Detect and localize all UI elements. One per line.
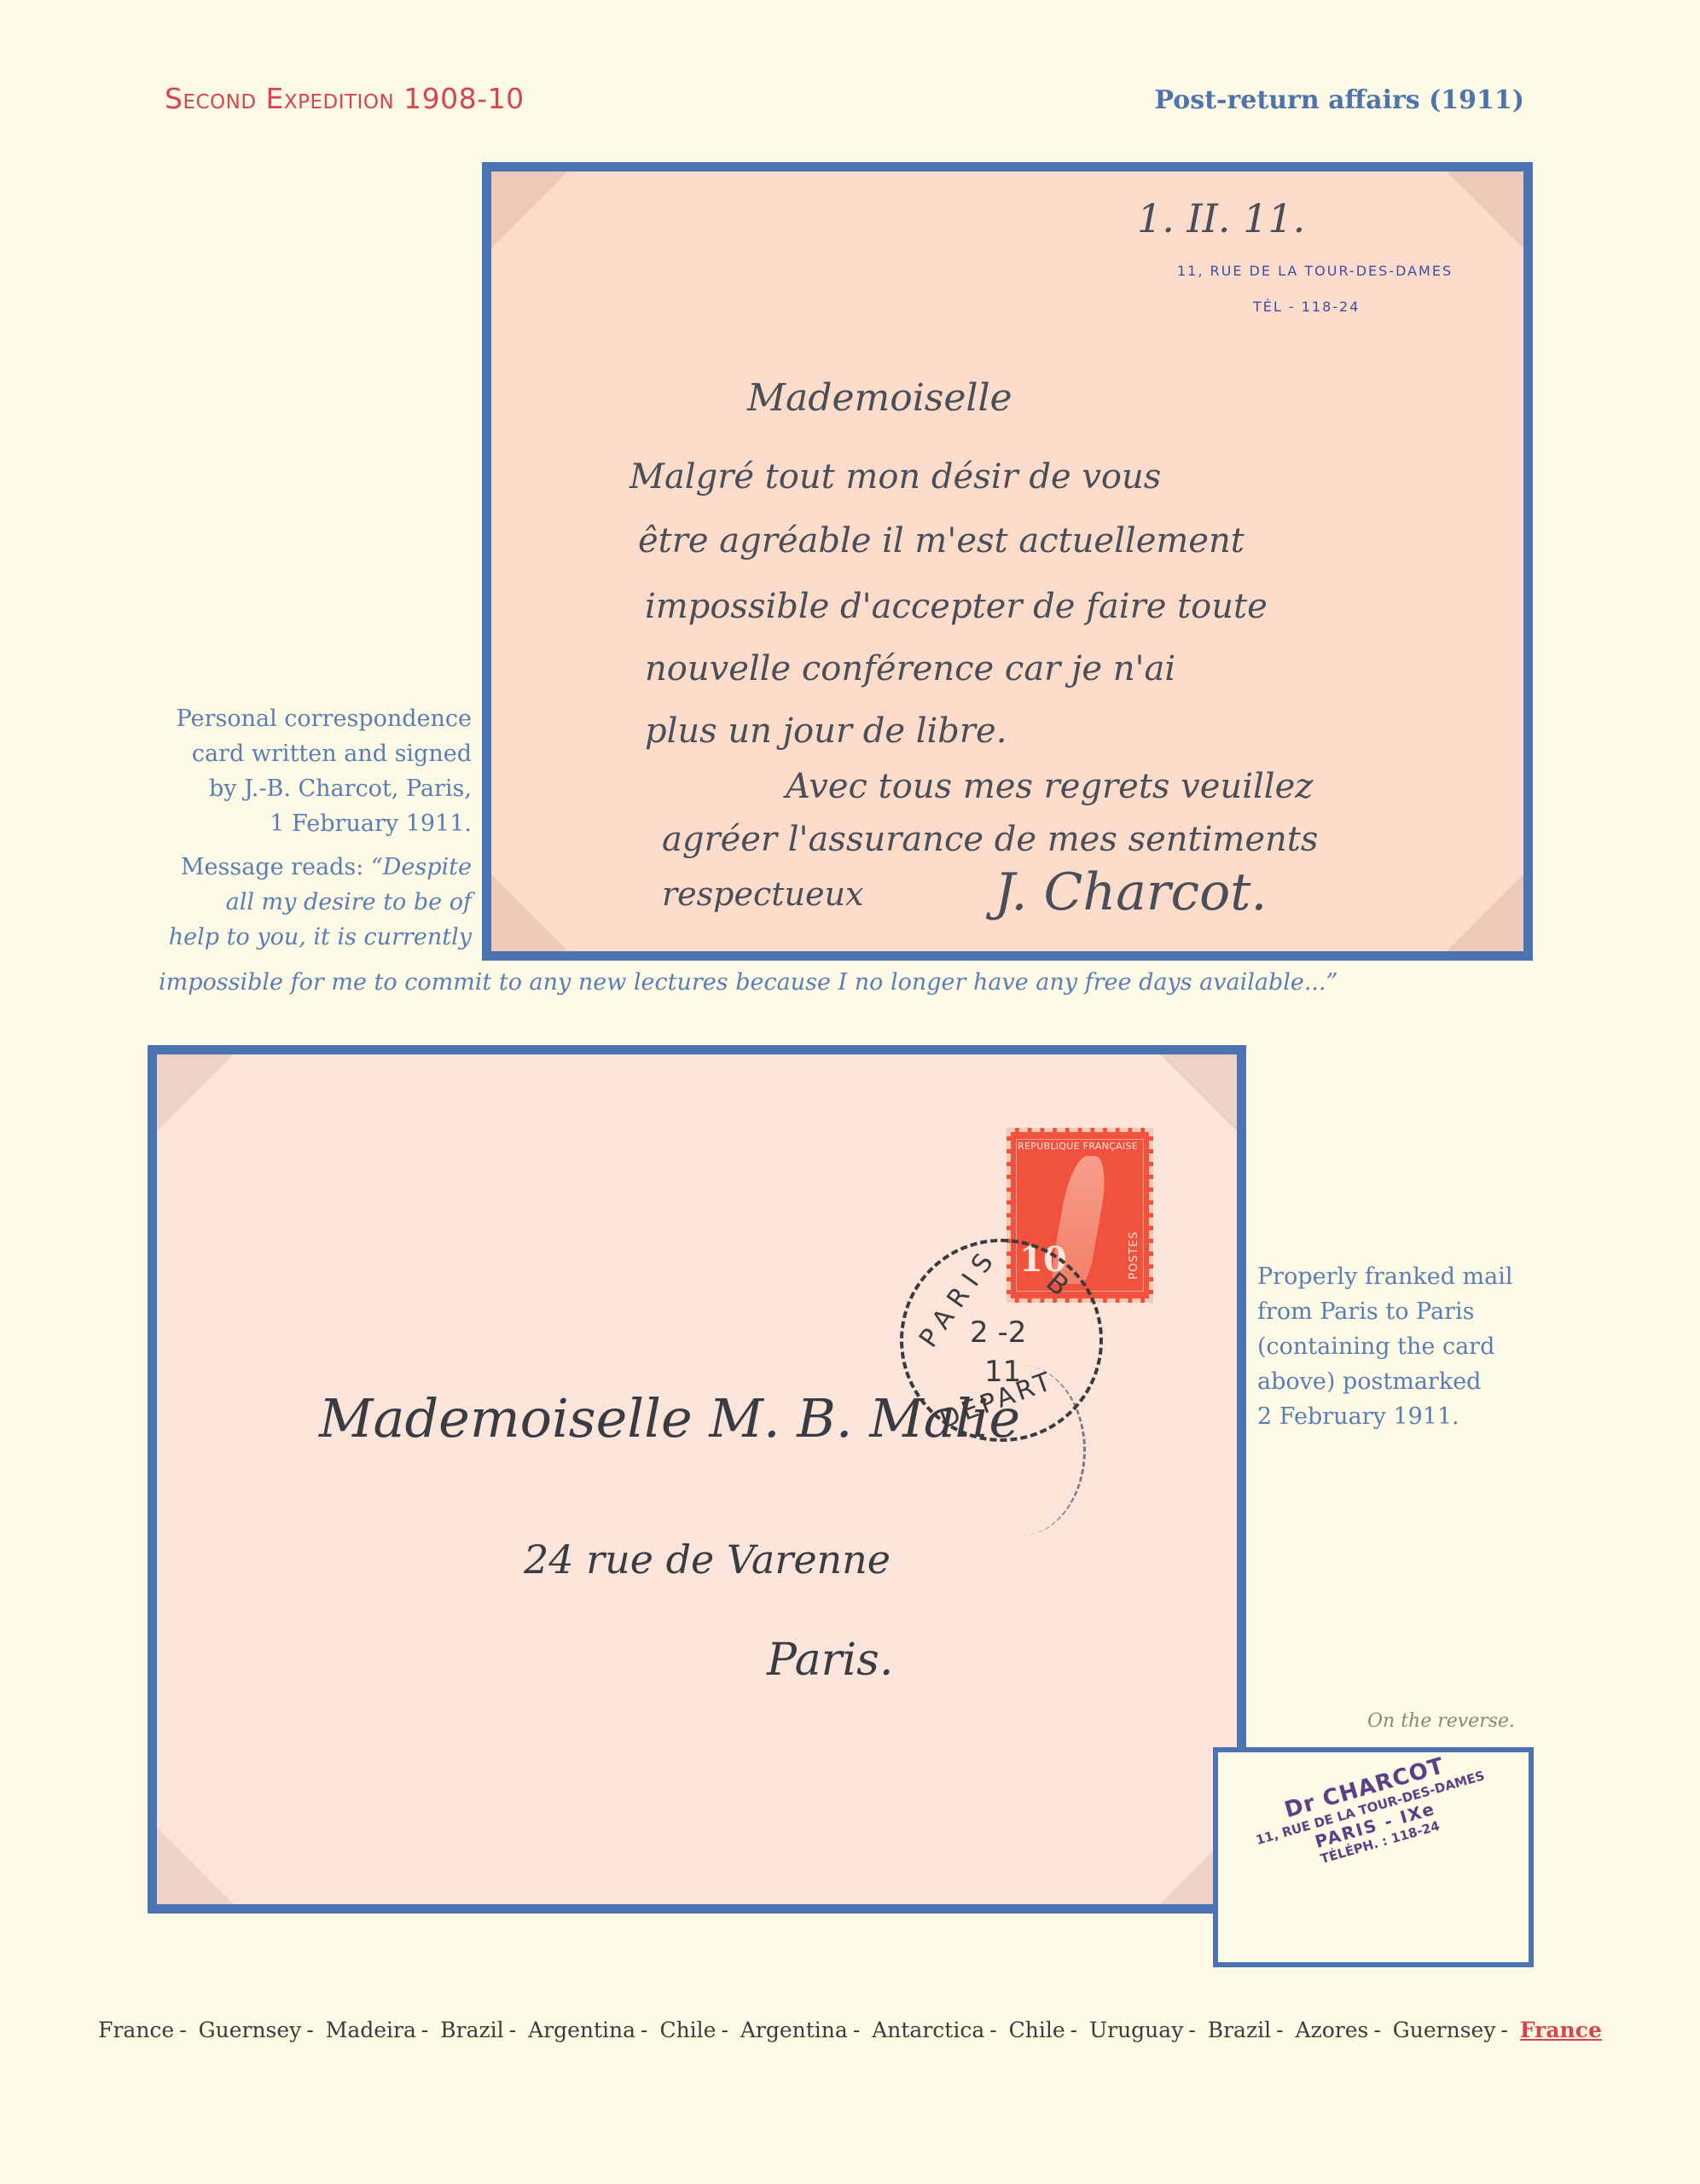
- message-line: all my desire to be of: [169, 885, 472, 920]
- route-stop: Argentina: [740, 2018, 848, 2042]
- route-stop: Uruguay: [1089, 2018, 1183, 2042]
- photo-corner-top-right: [1160, 1054, 1237, 1131]
- route-stop: Argentina: [528, 2018, 635, 2042]
- card-caption-line: card written and signed: [169, 736, 472, 771]
- message-line: Message reads: “Despite: [169, 850, 472, 885]
- card-body-line: respectueux: [662, 875, 863, 913]
- envelope-caption-line: Properly franked mail: [1257, 1259, 1513, 1294]
- route-stop: Brazil: [440, 2018, 503, 2042]
- card-body-line: impossible d'accepter de faire toute: [645, 587, 1268, 626]
- section-title: Second Expedition 1908-10: [165, 82, 525, 115]
- card-salutation: Mademoiselle: [747, 376, 1012, 420]
- card-caption-line: by J.-B. Charcot, Paris,: [169, 771, 472, 806]
- stamp-side-text: POSTES: [1128, 1231, 1140, 1280]
- route-stop: Chile: [659, 2018, 716, 2042]
- postmark-second-ring: [955, 1365, 1086, 1536]
- card-body-line: être agréable il m'est actuellement: [638, 521, 1245, 561]
- correspondence-card-frame: 1. II. 11. 11, RUE DE LA TOUR-DES-DAMES …: [482, 162, 1533, 961]
- route-stop: Guernsey: [1393, 2018, 1496, 2042]
- postmark-date: 2 -2: [970, 1316, 1026, 1350]
- message-continuation: impossible for me to commit to any new l…: [159, 965, 1337, 1000]
- envelope-caption-line: (containing the card: [1257, 1329, 1513, 1364]
- route-footer: France- Guernsey- Madeira- Brazil- Argen…: [0, 2018, 1700, 2042]
- photo-corner-top-left: [491, 171, 568, 248]
- card-body-line: Avec tous mes regrets veuillez: [786, 767, 1313, 806]
- card-body-line: Malgré tout mon désir de vous: [630, 457, 1161, 497]
- route-stop-current[interactable]: France: [1520, 2018, 1602, 2042]
- letterhead-phone: TÉL - 118-24: [1253, 299, 1360, 315]
- message-prefix: Message reads:: [181, 854, 371, 880]
- reverse-label: On the reverse.: [1367, 1711, 1515, 1732]
- card-body-line: agréer l'assurance de mes sentiments: [662, 820, 1318, 859]
- card-body-line: plus un jour de libre.: [645, 712, 1007, 751]
- route-stop: Antarctica: [872, 2018, 984, 2042]
- photo-corner-bottom-left: [157, 1827, 234, 1904]
- card-caption-line: Personal correspondence: [169, 701, 472, 736]
- route-stop: Brazil: [1208, 2018, 1271, 2042]
- correspondence-card: 1. II. 11. 11, RUE DE LA TOUR-DES-DAMES …: [491, 171, 1523, 951]
- card-signature: J. Charcot.: [995, 863, 1267, 922]
- route-stop: Madeira: [326, 2018, 416, 2042]
- card-body-line: nouvelle conférence car je n'ai: [645, 649, 1175, 688]
- route-stop: Azores: [1296, 2018, 1369, 2042]
- route-stop: France: [98, 2018, 174, 2042]
- card-date: 1. II. 11.: [1137, 195, 1305, 241]
- envelope-caption-line: 2 February 1911.: [1257, 1399, 1513, 1434]
- route-stop: Guernsey: [199, 2018, 302, 2042]
- envelope-caption-line: from Paris to Paris: [1257, 1294, 1513, 1329]
- card-caption: Personal correspondence card written and…: [169, 701, 472, 955]
- photo-corner-bottom-left: [491, 874, 568, 951]
- envelope-address-line: Paris.: [767, 1635, 893, 1686]
- stamp-country: REPUBLIQUE FRANÇAISE: [1018, 1141, 1138, 1152]
- postmark-code: B: [1040, 1265, 1075, 1302]
- photo-corner-bottom-right: [1447, 874, 1523, 951]
- page-title: Post-return affairs (1911): [1154, 85, 1524, 115]
- envelope-caption: Properly franked mail from Paris to Pari…: [1257, 1259, 1513, 1434]
- letterhead-address: 11, RUE DE LA TOUR-DES-DAMES: [1177, 263, 1453, 279]
- envelope-address-line: 24 rue de Varenne: [524, 1536, 891, 1583]
- photo-corner-top-right: [1447, 171, 1523, 248]
- photo-corner-top-left: [157, 1054, 234, 1131]
- route-stop: Chile: [1009, 2018, 1065, 2042]
- message-quote: “Despite: [371, 854, 472, 880]
- message-line: help to you, it is currently: [169, 920, 472, 955]
- card-caption-line: 1 February 1911.: [169, 806, 472, 841]
- envelope-address-line: Mademoiselle M. B. Malie: [319, 1387, 1020, 1449]
- envelope-caption-line: above) postmarked: [1257, 1364, 1513, 1399]
